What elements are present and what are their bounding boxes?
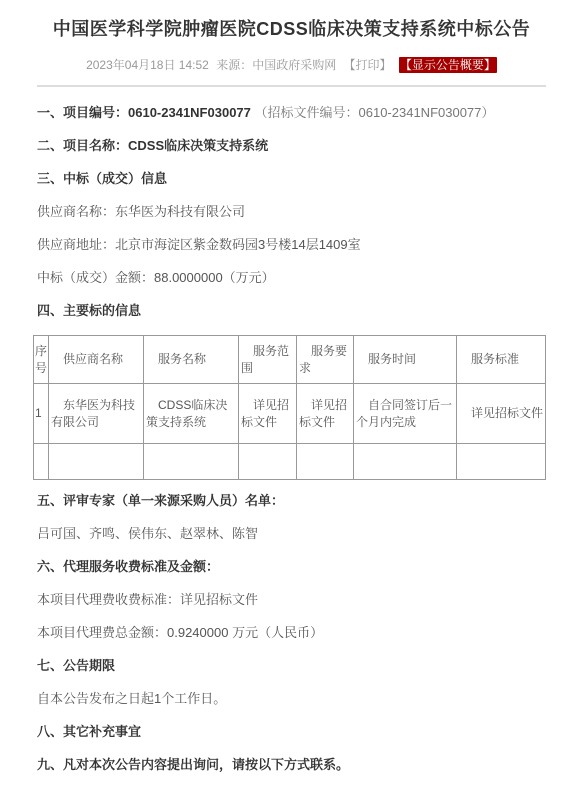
supplier-address: 供应商地址：北京市海淀区紫金数码园3号楼14层1409室 [37,236,546,254]
section-agency-fee: 六、代理服务收费标准及金额： [37,558,546,576]
col-header-service-standard: 服务标准 [457,336,546,384]
cell-service-time: 自合同签订后一个月内完成 [354,384,457,444]
table-row-empty [34,444,546,480]
project-number-text: 一、项目编号：0610-2341NF030077 [37,105,251,120]
section-announcement-period: 七、公告期限 [37,657,546,675]
section-award-info: 三、中标（成交）信息 [37,170,546,188]
cell-supplier: 东华医为科技有限公司 [49,384,144,444]
meta-line: 2023年04月18日 14:52 来源：中国政府采购网 【打印】 【显示公告概… [37,57,546,73]
publish-datetime: 2023年04月18日 14:52 [86,58,209,72]
announcement-period-body: 自本公告发布之日起1个工作日。 [37,690,546,708]
print-button[interactable]: 【打印】 [344,58,392,72]
announcement-content: 一、项目编号：0610-2341NF030077 （招标文件编号：0610-23… [37,87,546,774]
announcement-page: 中国医学科学院肿瘤医院CDSS临床决策支持系统中标公告 2023年04月18日 … [0,0,583,774]
agency-fee-standard: 本项目代理费收费标准：详见招标文件 [37,591,546,609]
cell-service-standard: 详见招标文件 [457,384,546,444]
table-row: 1 东华医为科技有限公司 CDSS临床决策支持系统 详见招标文件 详见招标文件 … [34,384,546,444]
cell-seq: 1 [34,384,49,444]
cell-service-name: CDSS临床决策支持系统 [144,384,239,444]
main-subject-table: 序号 供应商名称 服务名称 服务范围 服务要求 服务时间 服务标准 1 东华医为… [33,335,546,480]
cell-service-scope: 详见招标文件 [239,384,297,444]
show-summary-button[interactable]: 【显示公告概要】 [399,57,497,73]
section-other-matters: 八、其它补充事宜 [37,723,546,741]
col-header-service-name: 服务名称 [144,336,239,384]
section-contact: 九、凡对本次公告内容提出询问，请按以下方式联系。 [37,756,546,774]
table-header-row: 序号 供应商名称 服务名称 服务范围 服务要求 服务时间 服务标准 [34,336,546,384]
award-amount: 中标（成交）金额：88.0000000（万元） [37,269,546,287]
page-title: 中国医学科学院肿瘤医院CDSS临床决策支持系统中标公告 [37,0,546,42]
section-project-number: 一、项目编号：0610-2341NF030077 （招标文件编号：0610-23… [37,104,546,122]
col-header-service-requirement: 服务要求 [297,336,354,384]
section-main-subject: 四、主要标的信息 [37,302,546,320]
supplier-name: 供应商名称：东华医为科技有限公司 [37,203,546,221]
agency-fee-total: 本项目代理费总金额：0.9240000 万元（人民币） [37,624,546,642]
col-header-supplier: 供应商名称 [49,336,144,384]
section-experts: 五、评审专家（单一来源采购人员）名单： [37,492,546,510]
cell-service-requirement: 详见招标文件 [297,384,354,444]
col-header-service-scope: 服务范围 [239,336,297,384]
section-project-name: 二、项目名称：CDSS临床决策支持系统 [37,137,546,155]
source-text: 来源：中国政府采购网 [216,58,336,72]
col-header-service-time: 服务时间 [354,336,457,384]
tender-doc-number-note: （招标文件编号：0610-2341NF030077） [255,105,495,120]
col-header-seq: 序号 [34,336,49,384]
expert-names: 吕可国、齐鸣、侯伟东、赵翠林、陈智 [37,525,546,543]
